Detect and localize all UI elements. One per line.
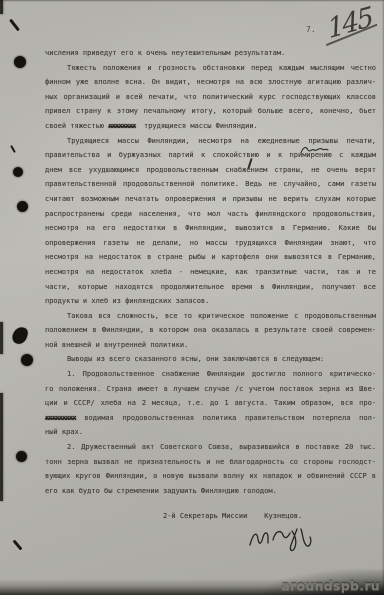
page-number: 7. [306,25,316,34]
line-text: части, которые находятся продолжительное… [45,283,376,291]
line-text: го положения. Страна имеет в лучшем случ… [45,385,376,393]
pen-tick [9,19,20,32]
document-line: ных организаций и всей печати, что полит… [45,90,376,105]
line-text: несмотря на недостаток хлеба - немецкие,… [45,268,376,276]
line-text: привел страну к этому печальному итогу, … [45,107,376,115]
document-line: Выводы из всего сказанного ясны, они зак… [45,352,376,367]
document-line: привел страну к этому печальному итогу, … [45,104,376,119]
document-line: распространены среди населения, что мол … [45,207,376,222]
document-line: 2. Дружественный акт Советского Союза, в… [45,440,376,455]
watermark: aroundspb.ru [281,578,380,593]
document-line: ный крах. [45,425,376,440]
document-line: несмотря на его недостатки в Финляндии, … [45,221,376,236]
punch-hole [17,201,28,212]
line-text: положением в Финляндии, в котором она ок… [45,326,376,334]
document-lines: числения приведут его к очень неутешител… [45,46,376,498]
struck-out-text: ххххххххх [45,414,76,422]
ink-blot [11,325,30,345]
scan-edge-left-segment [0,393,3,501]
line-text: опровержения газеты не делали, но массы … [45,239,376,247]
line-text: ции и СССР/ хлеба на 2 месяца, т.е. до 1… [45,399,376,407]
line-text: днем все ухудшающимся продовольственным … [45,166,376,174]
pen-tick [12,539,22,550]
document-line: несмотря на недостаток хлеба - немецкие,… [45,265,376,280]
line-text: ный крах. [45,428,83,436]
line-text: числения приведут его к очень неутешител… [45,49,285,57]
line-text: его как будто бы стремлении задушить Фин… [45,487,277,495]
document-line: 1. Продовольственное снабжение Финляндии… [45,367,376,382]
document-line: положением в Финляндии, в котором она ок… [45,323,376,338]
document-line: тонн зерна вызвал не признательность и н… [45,455,376,470]
folio-number-handwritten: 145 [326,2,374,46]
line-text: Такова вся сложность, все то критическое… [67,312,376,320]
line-text: Выводы из всего сказанного ясны, они зак… [67,355,324,363]
signature-name: Кузнецов. [264,512,302,520]
line-text: несмотря на его недостатки в Финляндии, … [45,224,376,232]
document-line: Такова вся сложность, все то критическое… [45,309,376,324]
line-text: правительственной продовольственной поли… [45,180,376,188]
scan-edge-left-segment [0,322,3,354]
document-line: финном уже вполне ясна. Он видит, несмот… [45,75,376,90]
document-line: продукты и хлеб из финляндских запасов. [45,294,376,309]
document-line: опровержения газеты не делали, но массы … [45,236,376,251]
document-line: ххххххххх водимая продовольственная поли… [45,411,376,426]
document-line: го положения. Страна имеет в лучшем случ… [45,382,376,397]
document-line: ции и СССР/ хлеба на 2 месяца, т.е. до 1… [45,396,376,411]
line-text: Тяжесть положения и грозность обстановки… [67,64,376,72]
document-line: днем все ухудшающимся продовольственным … [45,163,376,178]
line-text: вующих кругов Финляндии, а новую вызвали… [45,472,376,480]
line-text: трудящиеся массы Финляндии. [136,122,258,130]
pen-squiggle-annotation [300,145,330,157]
document-line: несмотря на недостаток в стране рыбы и к… [45,250,376,265]
signature-line: 2-й Секретарь МиссииКузнецов. [163,512,302,520]
document-line: вующих кругов Финляндии, а новую вызвали… [45,469,376,484]
line-text: считают возможным печатать опровержения … [45,195,376,203]
line-text: финном уже вполне ясна. Он видит, несмот… [45,78,376,86]
scan-edge-left-segment [0,0,3,14]
punch-hole [16,451,27,462]
punch-hole [14,56,26,68]
document-line: Тяжесть положения и грозность обстановки… [45,61,376,76]
punch-hole [21,354,33,366]
line-text: своей тяжестью [45,122,108,130]
document-line: считают возможным печатать опровержения … [45,192,376,207]
document-line: его как будто бы стремлении задушить Фин… [45,484,376,499]
line-text: несмотря на недостаток в стране рыбы и к… [45,253,376,261]
document-line: правительственной продовольственной поли… [45,177,376,192]
scanned-document-page: 7. 145 числения приведут его к очень неу… [0,0,384,595]
line-text: продукты и хлеб из финляндских запасов. [45,297,209,305]
document-line: числения приведут его к очень неутешител… [45,46,376,61]
document-line: ной внешней и внутренней политики. [45,338,376,353]
line-text: водимая продовольственная политика прави… [76,414,376,422]
scan-edge-top [0,0,384,2]
pen-tick [10,145,16,153]
document-line: части, которые находятся продолжительное… [45,280,376,295]
handwritten-signature [246,523,316,555]
document-line: своей тяжестью хххххххх трудящиеся массы… [45,119,376,134]
line-text: распространены среди населения, что мол … [45,210,376,218]
line-text: 2. Дружественный акт Советского Союза, в… [67,443,376,451]
struck-out-text: хххххххх [108,122,135,130]
line-text: ных организаций и всей печати, что полит… [45,93,376,101]
line-text: 1. Продовольственное снабжение Финляндии… [67,370,376,378]
signature-title: 2-й Секретарь Миссии [163,512,247,520]
punch-hole [13,167,23,177]
line-text: тонн зерна вызвал не признательность и н… [45,458,376,466]
line-text: ной внешней и внутренней политики. [45,341,188,349]
line-text: Трудящиеся массы Финляндии, несмотря на … [67,137,376,145]
